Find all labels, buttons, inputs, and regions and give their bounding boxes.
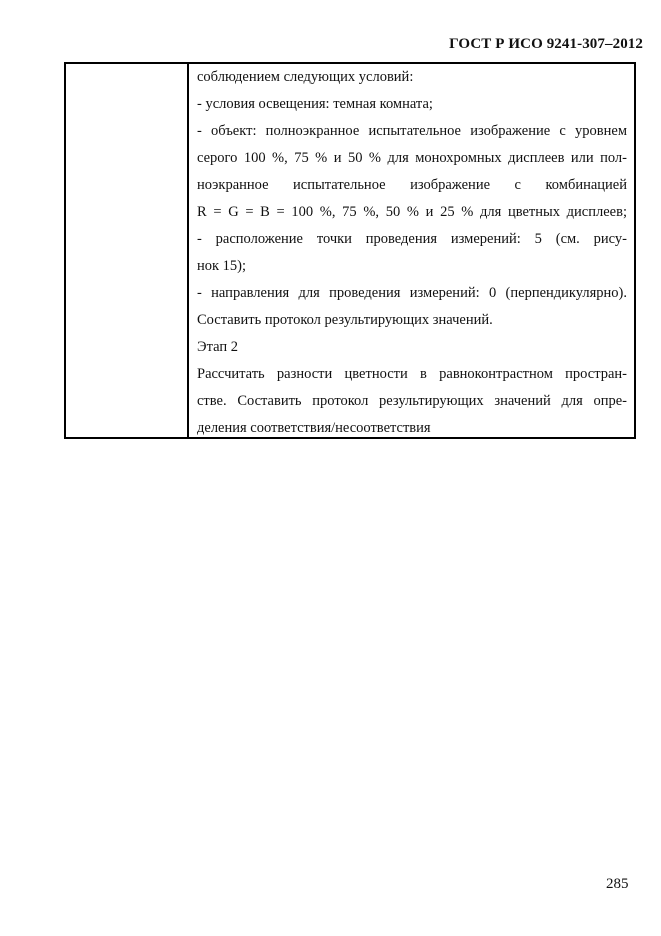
text-line: Этап 2 — [197, 334, 627, 361]
table-left-cell — [66, 64, 189, 437]
text-line: серого 100 %, 75 % и 50 % для монохромны… — [197, 145, 627, 172]
text-line: Составить протокол результирующих значен… — [197, 307, 627, 334]
text-line: деления соответствия/несоответствия — [197, 415, 627, 442]
text-line: Рассчитать разности цветности в равнокон… — [197, 361, 627, 388]
text-line: соблюдением следующих условий: — [197, 64, 627, 91]
text-line: - объект: полноэкранное испытательное из… — [197, 118, 627, 145]
requirements-table: соблюдением следующих условий:- условия … — [64, 62, 636, 439]
table-right-cell: соблюдением следующих условий:- условия … — [189, 64, 634, 437]
text-line: R = G = B = 100 %, 75 %, 50 % и 25 % для… — [197, 199, 627, 226]
text-line: - расположение точки проведения измерени… — [197, 226, 627, 253]
text-line: - направления для проведения измерений: … — [197, 280, 627, 307]
page-number: 285 — [606, 876, 629, 893]
text-line: - условия освещения: темная комната; — [197, 91, 627, 118]
text-line: стве. Составить протокол результирующих … — [197, 388, 627, 415]
document-header: ГОСТ Р ИСО 9241-307–2012 — [449, 36, 643, 53]
text-line: нок 15); — [197, 253, 627, 280]
text-line: ноэкранное испытательное изображение с к… — [197, 172, 627, 199]
